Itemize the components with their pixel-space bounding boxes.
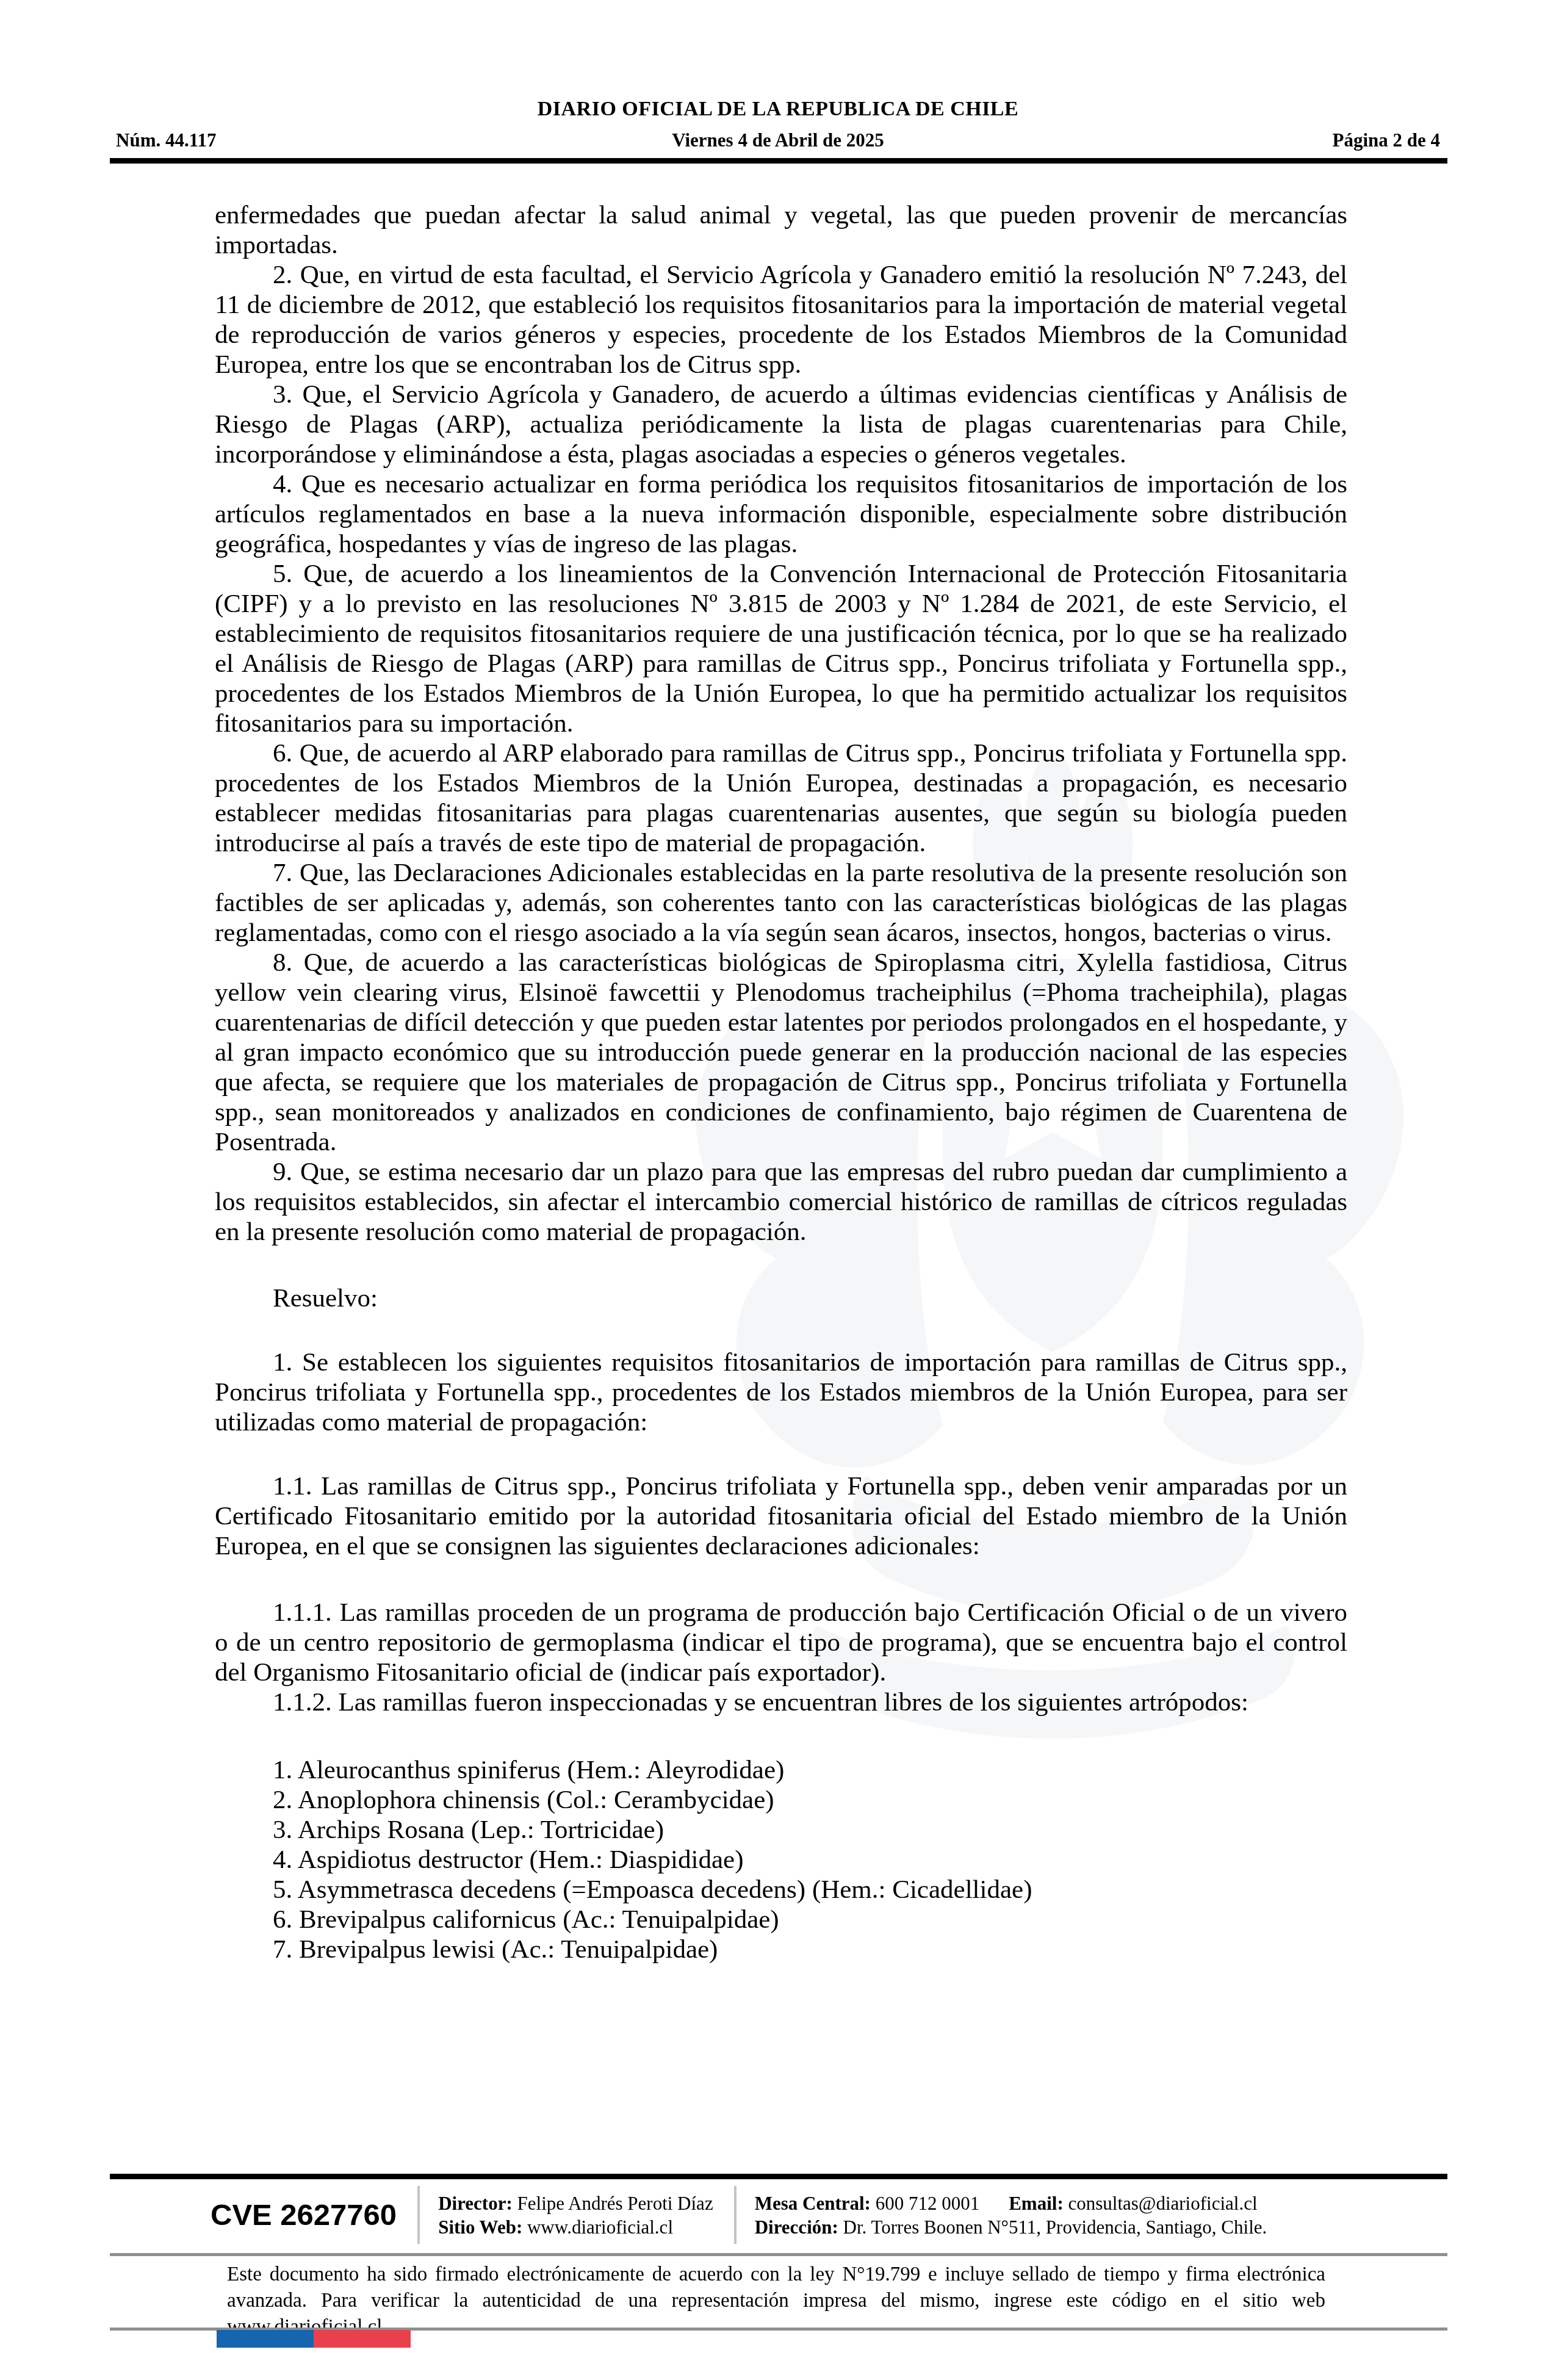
director-value: Felipe Andrés Peroti Díaz	[517, 2193, 713, 2214]
chile-flag-bar	[217, 2330, 411, 2348]
email-value: consultas@diarioficial.cl	[1068, 2193, 1257, 2214]
resolution-1-1: 1.1. Las ramillas de Citrus spp., Poncir…	[215, 1471, 1347, 1561]
footer-top-rule	[110, 2174, 1447, 2179]
address-value: Dr. Torres Boonen N°511, Providencia, Sa…	[843, 2216, 1267, 2238]
cve-code: CVE 2627760	[211, 2198, 397, 2232]
email-label: Email:	[1009, 2193, 1064, 2214]
footer-divider	[417, 2186, 420, 2244]
paragraph-continuation: enfermedades que puedan afectar la salud…	[215, 200, 1347, 260]
paragraph-2: 2. Que, en virtud de esta facultad, el S…	[215, 260, 1347, 380]
arthropods-list: 1. Aleurocanthus spiniferus (Hem.: Aleyr…	[215, 1755, 1347, 1964]
address-label: Dirección:	[755, 2216, 838, 2238]
list-item: 3. Archips Rosana (Lep.: Tortricidae)	[215, 1815, 1347, 1845]
list-item: 5. Asymmetrasca decedens (=Empoasca dece…	[215, 1875, 1347, 1905]
paragraph-3: 3. Que, el Servicio Agrícola y Ganadero,…	[215, 380, 1347, 469]
paragraph-9: 9. Que, se estima necesario dar un plazo…	[215, 1157, 1347, 1247]
resuelvo-heading: Resuelvo:	[215, 1283, 1347, 1313]
paragraph-7: 7. Que, las Declaraciones Adicionales es…	[215, 858, 1347, 948]
contact-block: Mesa Central: 600 712 0001Email: consult…	[755, 2191, 1267, 2239]
website-value: www.diarioficial.cl	[527, 2216, 673, 2238]
resolution-text: enfermedades que puedan afectar la salud…	[215, 200, 1347, 1964]
phone-label: Mesa Central:	[755, 2193, 871, 2214]
list-item: 7. Brevipalpus lewisi (Ac.: Tenuipalpida…	[215, 1935, 1347, 1964]
document-page: DIARIO OFICIAL DE LA REPUBLICA DE CHILE …	[0, 0, 1556, 2380]
list-item: 1. Aleurocanthus spiniferus (Hem.: Aleyr…	[215, 1755, 1347, 1785]
paragraph-5: 5. Que, de acuerdo a los lineamientos de…	[215, 559, 1347, 738]
paragraph-4: 4. Que es necesario actualizar en forma …	[215, 469, 1347, 559]
website-label: Sitio Web:	[438, 2216, 522, 2238]
address-line: Dirección: Dr. Torres Boonen N°511, Prov…	[755, 2215, 1267, 2239]
director-block: Director: Felipe Andrés Peroti Díaz Siti…	[438, 2191, 713, 2239]
journal-title: DIARIO OFICIAL DE LA REPUBLICA DE CHILE	[0, 98, 1556, 121]
footer-middle-rule	[110, 2253, 1447, 2256]
resolution-1: 1. Se establecen los siguientes requisit…	[215, 1347, 1347, 1437]
list-item: 4. Aspidiotus destructor (Hem.: Diaspidi…	[215, 1845, 1347, 1875]
footer-divider	[734, 2186, 737, 2244]
issue-date: Viernes 4 de Abril de 2025	[0, 129, 1556, 151]
flag-blue	[217, 2330, 314, 2348]
page-indicator: Página 2 de 4	[1332, 129, 1440, 151]
paragraph-6: 6. Que, de acuerdo al ARP elaborado para…	[215, 738, 1347, 858]
director-line: Director: Felipe Andrés Peroti Díaz	[438, 2191, 713, 2215]
website-line: Sitio Web: www.diarioficial.cl	[438, 2215, 713, 2239]
list-item: 6. Brevipalpus californicus (Ac.: Tenuip…	[215, 1905, 1347, 1935]
header-rule	[110, 158, 1447, 164]
phone-value: 600 712 0001	[876, 2193, 980, 2214]
flag-red	[314, 2330, 411, 2348]
list-item: 2. Anoplophora chinensis (Col.: Cerambyc…	[215, 1785, 1347, 1815]
director-label: Director:	[438, 2193, 513, 2214]
footer-info-bar: CVE 2627760 Director: Felipe Andrés Pero…	[211, 2186, 1397, 2244]
resolution-1-1-2: 1.1.2. Las ramillas fueron inspeccionada…	[215, 1687, 1347, 1717]
paragraph-8: 8. Que, de acuerdo a las características…	[215, 948, 1347, 1157]
resolution-1-1-1: 1.1.1. Las ramillas proceden de un progr…	[215, 1598, 1347, 1687]
phone-email-line: Mesa Central: 600 712 0001Email: consult…	[755, 2191, 1267, 2215]
